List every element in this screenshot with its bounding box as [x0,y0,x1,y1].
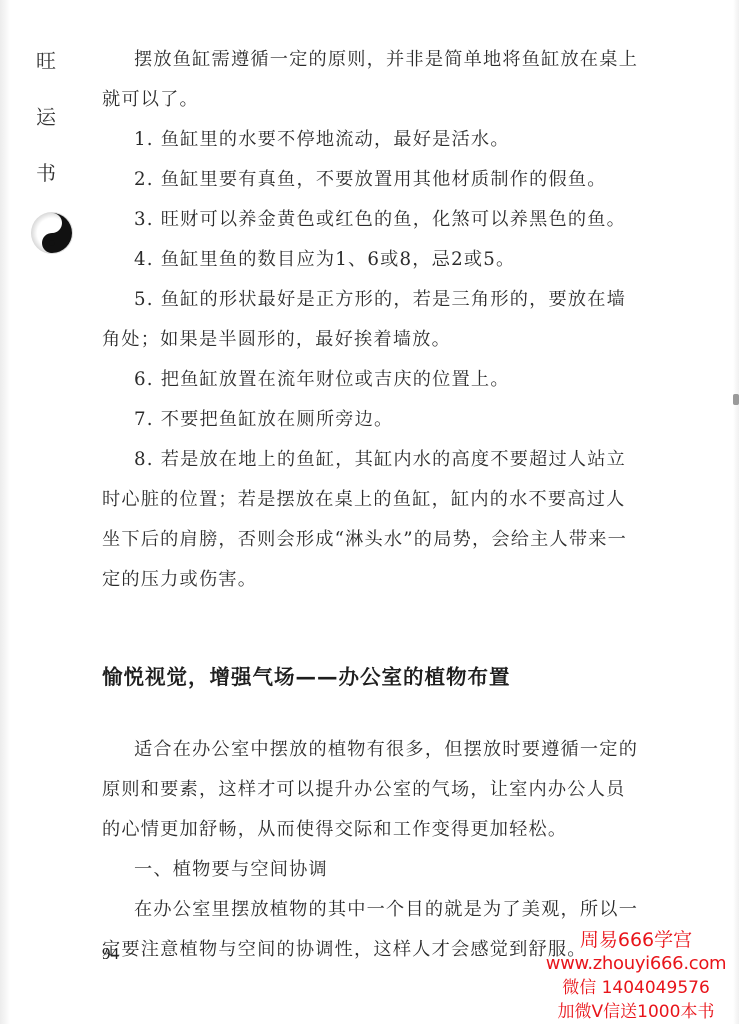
section-intro-paragraph: 摆放鱼缸需遵循一定的原则，并非是简单地将鱼缸放在桌上就可以了。 [102,40,642,120]
section-intro-paragraph: 适合在办公室中摆放的植物有很多，但摆放时要遵循一定的原则和要素，这样才可以提升办… [102,730,642,850]
running-book-title: 旺 运 书 [34,46,58,214]
page-number: 94 [102,944,119,964]
page-edge-shadow [733,0,739,1024]
taiji-yin-yang-icon [30,211,74,255]
watermark-line: 周易666学宫 [541,928,731,952]
watermark-line: 加微V信送1000本书 [541,1000,731,1024]
list-item: 8. 若是放在地上的鱼缸，其缸内水的高度不要超过人站立时心脏的位置；若是摆放在桌… [102,440,642,600]
side-title-char: 旺 [34,46,58,102]
list-item: 3. 旺财可以养金黄色或红色的鱼，化煞可以养黑色的鱼。 [102,200,642,240]
watermark-line: 微信 1404049576 [541,976,731,1000]
page-gutter-shadow [0,0,10,1024]
list-item: 6. 把鱼缸放置在流年财位或吉庆的位置上。 [102,360,642,400]
scroll-marker [733,394,739,405]
fish-tank-section: 摆放鱼缸需遵循一定的原则，并非是简单地将鱼缸放在桌上就可以了。 1. 鱼缸里的水… [102,40,642,600]
side-title-char: 书 [34,158,58,214]
watermark-url: www.zhouyi666.com [541,952,731,976]
subheading: 一、植物要与空间协调 [102,850,642,890]
watermark: 周易666学宫 www.zhouyi666.com 微信 1404049576 … [541,928,731,1024]
side-title-char: 运 [34,102,58,158]
section-heading: 愉悦视觉，增强气场——办公室的植物布置 [102,660,642,690]
list-item: 1. 鱼缸里的水要不停地流动，最好是活水。 [102,120,642,160]
list-item: 7. 不要把鱼缸放在厕所旁边。 [102,400,642,440]
list-item: 2. 鱼缸里要有真鱼，不要放置用其他材质制作的假鱼。 [102,160,642,200]
list-item: 5. 鱼缸的形状最好是正方形的，若是三角形的，要放在墙角处；如果是半圆形的，最好… [102,280,642,360]
list-item: 4. 鱼缸里鱼的数目应为1、6或8，忌2或5。 [102,240,642,280]
